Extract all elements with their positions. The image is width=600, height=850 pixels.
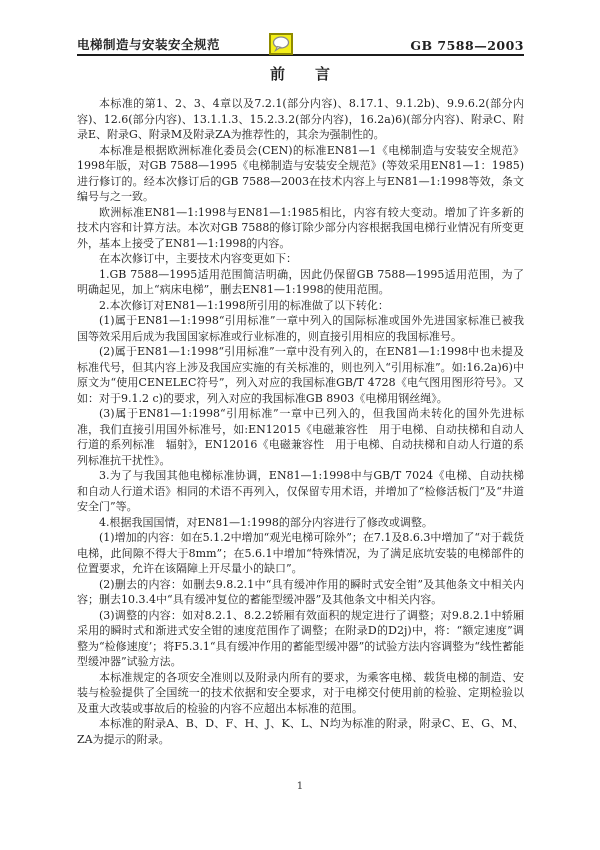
foreword-paragraph: (2)删去的内容：如删去9.8.2.1中“具有缓冲作用的瞬时式安全钳”及其他条文…	[77, 577, 524, 608]
foreword-paragraph: 在本次修订中，主要技术内容变更如下：	[77, 251, 524, 267]
foreword-paragraph: 本标准规定的各项安全准则以及附录内所有的要求，为乘客电梯、载货电梯的制造、安装与…	[77, 670, 524, 717]
foreword-paragraph: 本标准的第1、2、3、4章以及7.2.1(部分内容)、8.17.1、9.1.2b…	[77, 96, 524, 143]
foreword-paragraph: (1)属于EN81—1:1998“引用标准”一章中列入的国际标准或国外先进国家标…	[77, 313, 524, 344]
header-right-code: GB 7588—2003	[410, 38, 524, 53]
foreword-paragraph: 本标准的附录A、B、D、F、H、J、K、L、N均为标准的附录，附录C、E、G、M…	[77, 716, 524, 747]
foreword-paragraph: 4.根据我国国情，对EN81—1:1998的部分内容进行了修改或调整。	[77, 515, 524, 531]
foreword-paragraph: (3)属于EN81—1:1998“引用标准”一章中已列入的，但我国尚未转化的国外…	[77, 406, 524, 468]
document-page: 电梯制造与安装安全规范 GB 7588—2003 前 言 本标准的第1、2、3、…	[0, 0, 600, 850]
foreword-body: 本标准的第1、2、3、4章以及7.2.1(部分内容)、8.17.1、9.1.2b…	[77, 96, 524, 747]
page-number: 1	[0, 780, 600, 792]
foreword-paragraph: 2.本次修订对EN81—1:1998所引用的标准做了以下转化：	[77, 298, 524, 314]
foreword-paragraph: 1.GB 7588—1995适用范围简洁明确，因此仍保留GB 7588—1995…	[77, 267, 524, 298]
foreword-paragraph: (2)属于EN81—1:1998“引用标准”一章中没有列入的，在EN81—1:1…	[77, 344, 524, 406]
foreword-paragraph: 欧洲标准EN81—1:1998与EN81—1:1985相比，内容有较大变动。增加…	[77, 205, 524, 252]
section-title: 前 言	[0, 63, 600, 84]
foreword-paragraph: 3.为了与我国其他电梯标准协调，EN81—1:1998中与GB/T 7024《电…	[77, 468, 524, 515]
foreword-paragraph: (1)增加的内容：如在5.1.2中增加“观光电梯可除外”；在7.1及8.6.3中…	[77, 530, 524, 577]
page-header: 电梯制造与安装安全规范 GB 7588—2003	[77, 35, 524, 53]
foreword-paragraph: 本标准是根据欧洲标准化委员会(CEN)的标准EN81—1《电梯制造与安装安全规范…	[77, 143, 524, 205]
comment-annotation-icon[interactable]	[269, 33, 293, 55]
header-divider	[77, 54, 524, 56]
header-left-title: 电梯制造与安装安全规范	[77, 35, 220, 53]
foreword-paragraph: (3)调整的内容：如对8.2.1、8.2.2轿厢有效面积的规定进行了调整；对9.…	[77, 608, 524, 670]
